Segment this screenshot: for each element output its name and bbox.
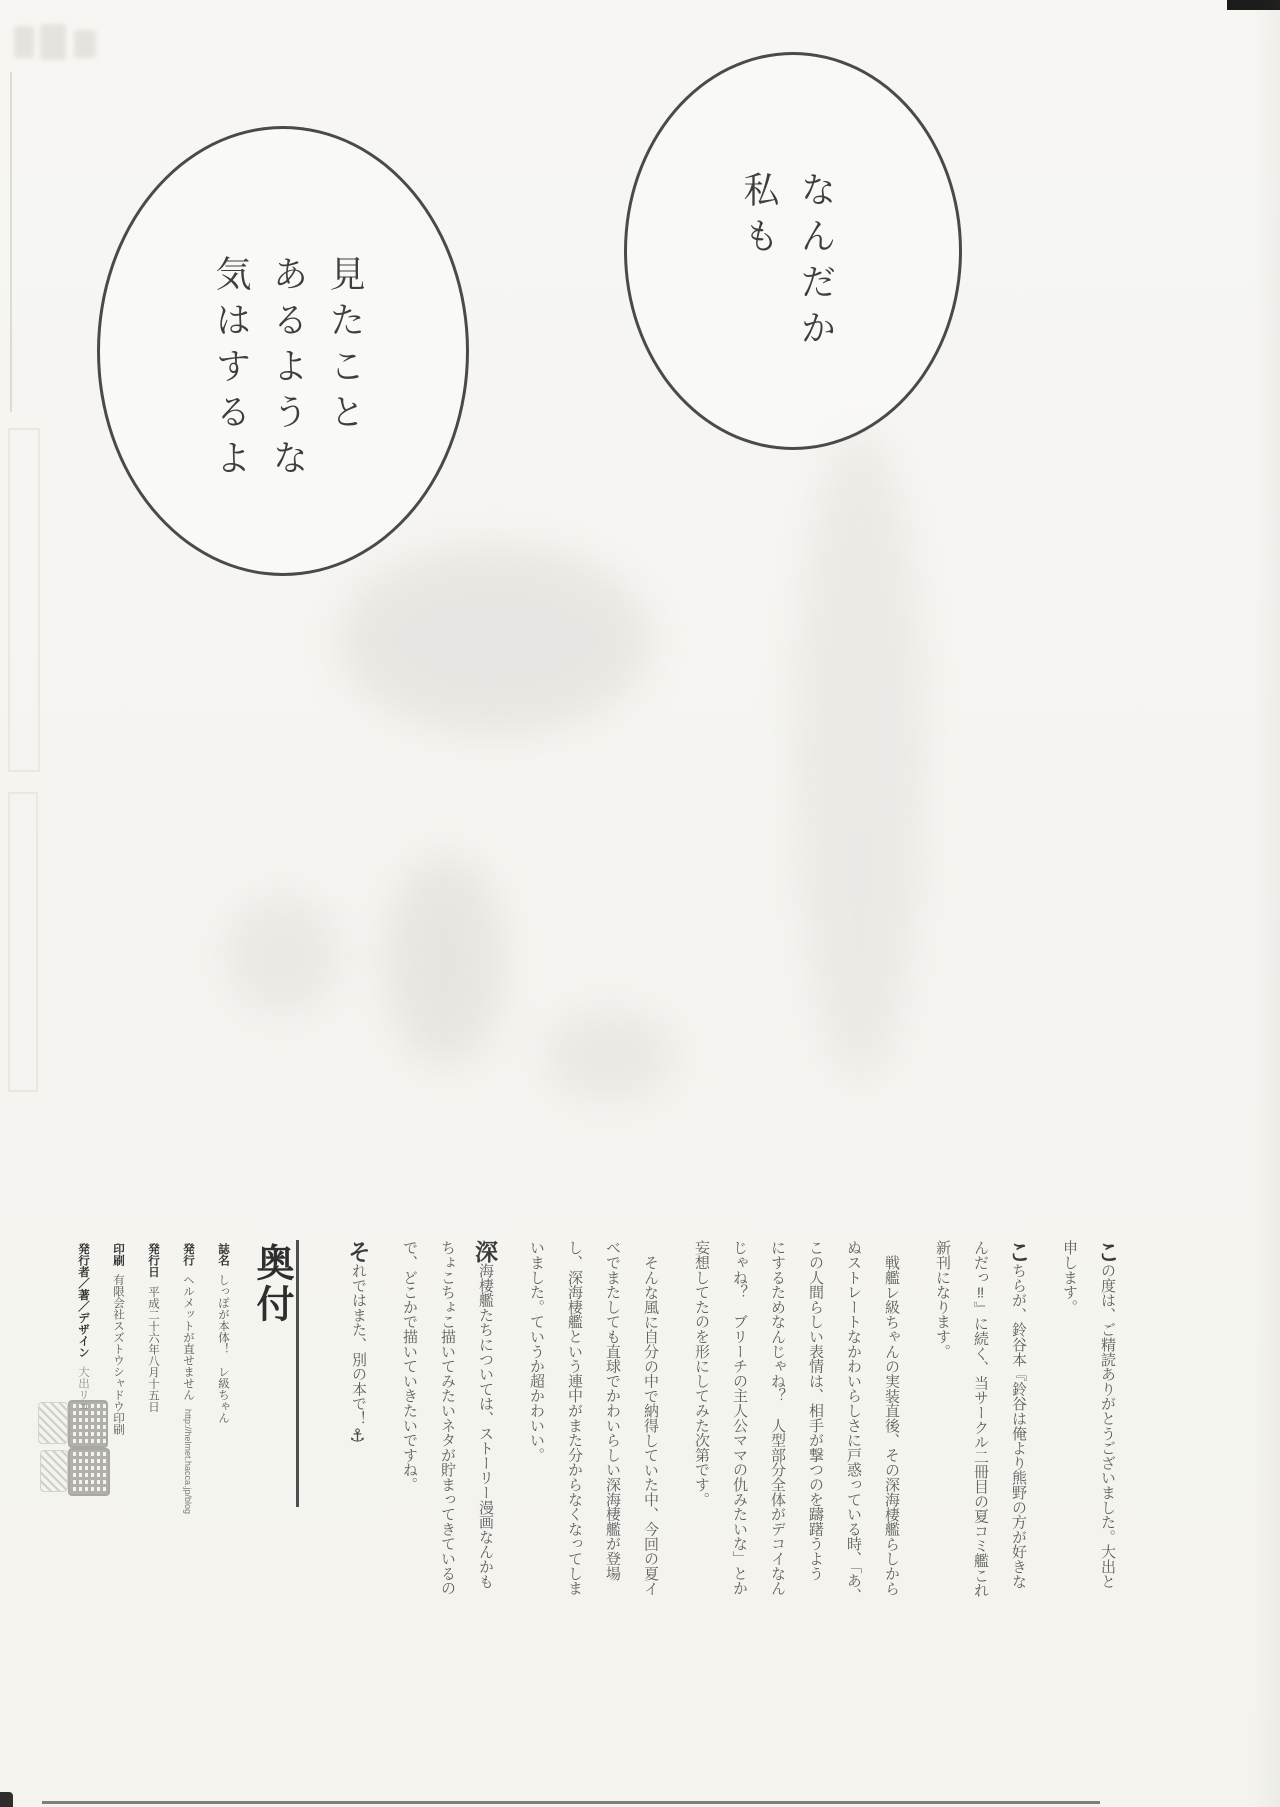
afterword-paragraph: 戦艦レ級ちゃんの実装直後、その深海棲艦らしから ぬストレートなかわいらしさに戸惑…: [682, 1240, 910, 1592]
afterword-line-text: れではまた、別の本で！: [350, 1263, 367, 1426]
ghosting-artifact: [10, 72, 12, 412]
ghosting-artifact: [8, 428, 40, 772]
afterword-text: この度は、ご精読ありがとうございました。大出と 申します。 こちらが、鈴谷本『鈴…: [308, 1240, 1126, 1592]
afterword-line: こちらが、鈴谷本『鈴谷は俺より熊野の方が好きな: [999, 1240, 1037, 1592]
afterword-line: べでまたしても直球でかわいらしい深海棲艦が登場: [593, 1240, 631, 1592]
afterword-paragraph: それではまた、別の本で！⚓: [339, 1240, 377, 1592]
afterword-line: 深海棲艦たちについては、ストーリー漫画なんかも: [466, 1240, 504, 1592]
colophon-value: ヘルメットが直せません: [182, 1274, 194, 1401]
seal-stamp-icon: [38, 1402, 68, 1444]
afterword-line: ちょこちょこ描いてみたいネタが貯まってきているの: [428, 1240, 466, 1592]
speech-bubble-right: なんだか 私も: [624, 52, 962, 450]
speech-bubble-left: 見たこと あるような 気はするよ: [97, 126, 469, 576]
scan-bottom-corner: [0, 1792, 13, 1807]
bubble-line: 見たこと: [316, 255, 373, 485]
afterword-line: じゃね？ ブリーチの主人公ママの仇みたいな」とか: [720, 1240, 758, 1592]
colophon-label: 発行日: [147, 1243, 159, 1278]
afterword-line: それではまた、別の本で！⚓: [339, 1240, 377, 1592]
afterword-line: 戦艦レ級ちゃんの実装直後、その深海棲艦らしから: [872, 1240, 910, 1592]
scanned-doujinshi-page: なんだか 私も 見たこと あるような 気はするよ この度は、ご精読ありがとうござ…: [0, 0, 1280, 1807]
afterword-line: にするためなんじゃね？ 人型部分全体がデコイなん: [758, 1240, 796, 1592]
colophon-label: 誌名: [217, 1243, 229, 1266]
bubble-line: なんだか: [787, 171, 844, 355]
afterword-line: 妄想してたのを形にしてみた次第です。: [682, 1240, 720, 1592]
afterword-line: 申します。: [1050, 1240, 1088, 1592]
ghosting-artifact: [40, 24, 66, 60]
afterword-line-text: の度は、ご精読ありがとうございました。大出と: [1099, 1263, 1116, 1589]
ghosting-artifact: [340, 545, 650, 735]
colophon-entry-title: 誌名しっぽが本体！ レ級ちゃん: [205, 1243, 240, 1533]
colophon-entry-publisher: 発行ヘルメットが直せませんhttp://helmet.hacca.jp/blog: [170, 1243, 205, 1533]
dropcap: こ: [1005, 1240, 1031, 1263]
colophon-value: しっぽが本体！ レ級ちゃん: [217, 1274, 229, 1424]
colophon-label: 発行: [182, 1243, 194, 1266]
afterword-paragraph: そんな風に自分の中で納得していた中、今回の夏イ べでまたしても直球でかわいらしい…: [517, 1240, 669, 1592]
afterword-line: 新刊になります。: [923, 1240, 961, 1592]
publisher-url: http://helmet.hacca.jp/blog: [183, 1409, 193, 1514]
afterword-line: んだっ‼』に続く、当サークル二冊目の夏コミ艦これ: [961, 1240, 999, 1592]
afterword-line: この人間らしい表情は、相手が撃つのを躊躇うよう: [796, 1240, 834, 1592]
anchor-icon: ⚓: [348, 1426, 368, 1447]
ghosting-artifact: [14, 26, 34, 58]
afterword-line: し、深海棲艦という連中がまた分からなくなってしま: [555, 1240, 593, 1592]
seal-stamp-icon: [40, 1450, 68, 1492]
dropcap: 深: [472, 1240, 498, 1263]
colophon-title: 奥付: [248, 1243, 294, 1533]
colophon-value: 有限会社スズトウシャドウ印刷: [112, 1274, 124, 1435]
afterword-line: そんな風に自分の中で納得していた中、今回の夏イ: [631, 1240, 669, 1592]
colophon-divider: [296, 1240, 299, 1507]
afterword-paragraph: この度は、ご精読ありがとうございました。大出と 申します。: [1050, 1240, 1126, 1592]
afterword-line-text: ちらが、鈴谷本『鈴谷は俺より熊野の方が好きな: [1010, 1263, 1027, 1589]
ghosting-artifact: [385, 855, 505, 1065]
seal-stamp-icon: [68, 1448, 110, 1496]
ghosting-artifact: [8, 792, 38, 1092]
colophon-label: 発行者／著／デザイン: [77, 1243, 89, 1358]
scan-edge-shading: [1254, 0, 1280, 1807]
afterword-line: ぬストレートなかわいらしさに戸惑っている時、「あ、: [834, 1240, 872, 1592]
afterword-line: この度は、ご精読ありがとうございました。大出と: [1088, 1240, 1126, 1592]
speech-bubble-left-text: 見たこと あるような 気はするよ: [202, 255, 373, 485]
colophon-label: 印刷: [112, 1243, 124, 1266]
dropcap: こ: [1094, 1240, 1120, 1263]
ghosting-artifact: [545, 1010, 675, 1100]
ghosting-artifact: [795, 430, 925, 1080]
afterword-paragraph: こちらが、鈴谷本『鈴谷は俺より熊野の方が好きな んだっ‼』に続く、当サークル二冊…: [923, 1240, 1037, 1592]
speech-bubble-right-text: なんだか 私も: [730, 171, 844, 355]
afterword-line: いました。ていうか超かわいい。: [517, 1240, 555, 1592]
afterword-line: で、どこかで描いていきたいですね。: [390, 1240, 428, 1592]
scan-bottom-line: [42, 1801, 1100, 1804]
dropcap: そ: [345, 1240, 371, 1263]
colophon-value: 平成二十六年八月十五日: [147, 1286, 159, 1413]
afterword-paragraph: 深海棲艦たちについては、ストーリー漫画なんかも ちょこちょこ描いてみたいネタが貯…: [390, 1240, 504, 1592]
afterword-line-text: 海棲艦たちについては、ストーリー漫画なんかも: [477, 1263, 494, 1589]
ghosting-artifact: [74, 30, 96, 58]
ghosting-artifact: [225, 895, 340, 1015]
seal-stamp-icon: [68, 1400, 108, 1448]
bubble-line: あるような: [259, 255, 316, 485]
colophon-entry-date: 発行日平成二十六年八月十五日: [135, 1243, 170, 1533]
bubble-line: 気はするよ: [202, 255, 259, 485]
bubble-line: 私も: [730, 171, 787, 355]
